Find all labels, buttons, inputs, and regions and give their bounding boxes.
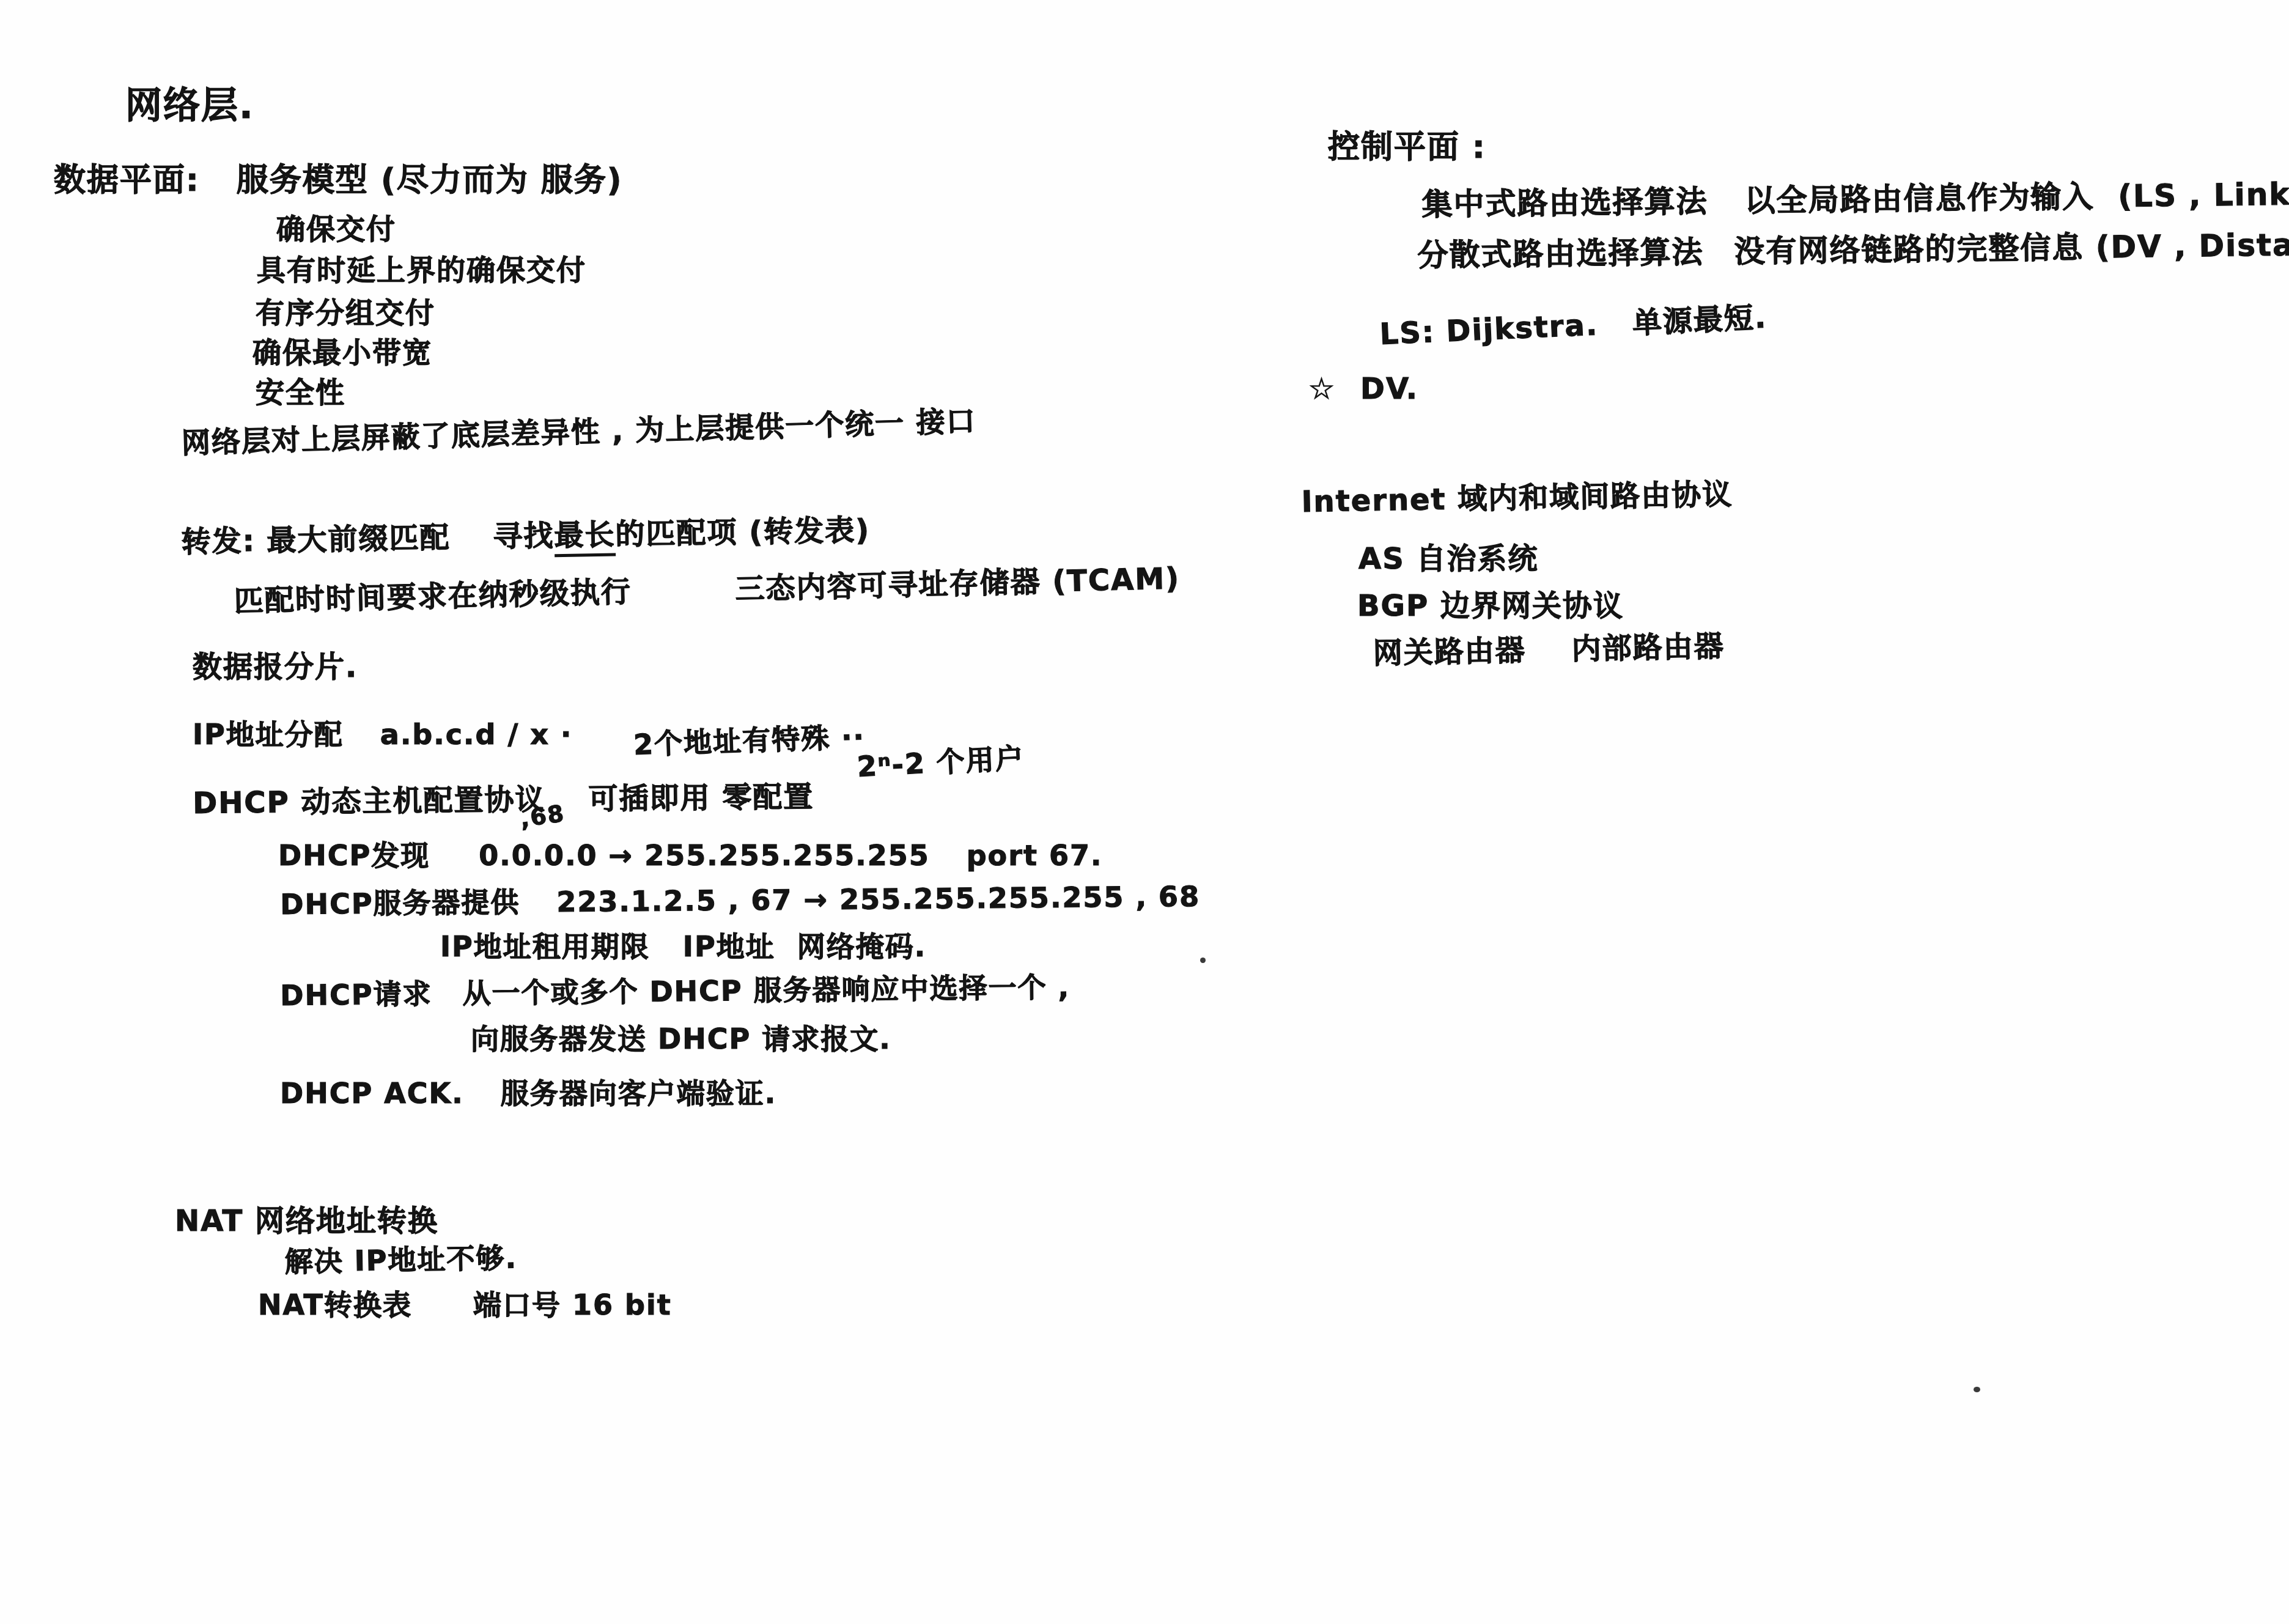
- dhcp-discover-port: port 67.: [967, 839, 1103, 872]
- ip-alloc-users: 2ⁿ-2 个用户: [856, 736, 1025, 785]
- service-item: 有序分组交付: [256, 290, 435, 331]
- nat-purpose: 解决 IP地址不够.: [284, 1236, 517, 1280]
- dhcp-offer-line: DHCP服务器提供223.1.2.5 , 67 → 255.255.255.25…: [280, 874, 1200, 923]
- routers-line: 网关路由器 内部路由器: [1373, 622, 1725, 672]
- bgp-line: BGP 边界网关协议: [1357, 582, 1624, 624]
- decentralized-routing-note: 没有网络链路的完整信息 (DV , Distance-Vector): [1734, 224, 2289, 269]
- dhcp-offer-label: DHCP服务器提供: [280, 886, 520, 921]
- nat-port-note: 端口号 16 bit: [473, 1288, 672, 1321]
- dhcp-request-text1: 从一个或多个 DHCP 服务器响应中选择一个 ,: [462, 970, 1070, 1009]
- service-item: 具有时延上界的确保交付: [257, 248, 586, 289]
- page-title: 网络层.: [125, 76, 254, 129]
- service-model-label: 服务模型 (尽力而为 服务): [237, 162, 623, 199]
- forwarding-line: 转发: 最大前缀匹配寻找最长的匹配项 (转发表): [181, 506, 871, 561]
- decentralized-routing-label: 分散式路由选择算法: [1417, 234, 1704, 273]
- service-item: 确保交付: [276, 207, 396, 248]
- service-item: 安全性: [256, 370, 345, 411]
- ip-alloc-line: IP地址分配a.b.c.d / x ·: [193, 712, 572, 753]
- dhcp-discover-label: DHCP发现: [278, 839, 430, 872]
- dhcp-heading-line: DHCP 动态主机配置协议可插即用 零配置: [193, 773, 814, 822]
- ink-speck: [1200, 958, 1206, 963]
- dhcp-ack-label: DHCP ACK.: [280, 1077, 464, 1110]
- ls-dijkstra-line: LS: Dijkstra. 单源最短.: [1379, 293, 1767, 353]
- fragmentation-heading: 数据报分片.: [193, 643, 358, 685]
- ip-alloc-cidr: a.b.c.d / x ·: [380, 718, 573, 751]
- internet-routing-heading: Internet 域内和域间路由协议: [1301, 471, 1733, 520]
- dhcp-discover-line: DHCP发现0.0.0.0 → 255.255.255.255port 67.: [278, 833, 1102, 874]
- service-item: 确保最小带宽: [252, 330, 432, 371]
- forwarding-timing-line: 匹配时时间要求在纳秒级执行三态内容可寻址存储器 (TCAM): [234, 555, 1181, 620]
- forwarding-find-prefix: 寻找: [493, 519, 555, 554]
- dv-label: DV.: [1360, 372, 1418, 406]
- tcam-note: 三态内容可寻址存储器 (TCAM): [735, 561, 1181, 607]
- data-plane-heading: 数据平面:服务模型 (尽力而为 服务): [54, 154, 623, 200]
- control-plane-heading: 控制平面 :: [1328, 121, 1486, 167]
- data-plane-label: 数据平面:: [54, 162, 200, 199]
- centralized-routing-note: 以全局路由信息作为输入 (LS , Link State): [1744, 175, 2289, 218]
- nat-table-label: NAT转换表: [258, 1288, 412, 1321]
- dhcp-offer-value: 223.1.2.5 , 67 → 255.255.255.255 , 68: [556, 880, 1200, 918]
- centralized-routing-label: 集中式路由选择算法: [1421, 183, 1708, 223]
- decentralized-routing-line: 分散式路由选择算法没有网络链路的完整信息 (DV , Distance-Vect…: [1417, 218, 2289, 275]
- star-icon: ☆: [1308, 372, 1336, 406]
- forwarding-find-underlined: 最长: [554, 518, 616, 558]
- dhcp-offer-detail: IP地址租用期限 IP地址 网络掩码.: [440, 925, 926, 965]
- dhcp-discover-superscript: ,68: [518, 800, 567, 833]
- forwarding-find-suffix: 的匹配项 (转发表): [615, 513, 871, 552]
- dhcp-ack-line: DHCP ACK.服务器向客户端验证.: [280, 1071, 776, 1112]
- forwarding-timing: 匹配时时间要求在纳秒级执行: [234, 575, 632, 619]
- centralized-routing-line: 集中式路由选择算法以全局路由信息作为输入 (LS , Link State): [1421, 168, 2289, 224]
- dhcp-request-text2: 向服务器发送 DHCP 请求报文.: [471, 1017, 891, 1057]
- dhcp-request-line: DHCP请求从一个或多个 DHCP 服务器响应中选择一个 ,: [280, 965, 1070, 1014]
- dhcp-heading: DHCP 动态主机配置协议: [193, 783, 546, 821]
- ip-alloc-lead: IP地址分配: [193, 718, 344, 751]
- nat-table-line: NAT转换表端口号 16 bit: [258, 1283, 672, 1323]
- dhcp-request-label: DHCP请求: [280, 977, 432, 1012]
- ink-speck: [1974, 1387, 1980, 1392]
- dhcp-ack-value: 服务器向客户端验证.: [501, 1077, 776, 1110]
- as-line: AS 自治系统: [1358, 535, 1538, 577]
- ip-alloc-special: 2个地址有特殊 ··: [633, 715, 866, 763]
- dv-line: ☆DV.: [1308, 372, 1418, 406]
- dhcp-heading-note: 可插即用 零配置: [588, 780, 814, 816]
- dhcp-discover-value: 0.0.0.0 → 255.255.255.255: [479, 839, 930, 872]
- nat-heading: NAT 网络地址转换: [175, 1197, 438, 1239]
- forwarding-lead: 转发: 最大前缀匹配: [181, 520, 451, 559]
- handwritten-notes-page: 网络层. 数据平面:服务模型 (尽力而为 服务) 确保交付 具有时延上界的确保交…: [0, 0, 2289, 1624]
